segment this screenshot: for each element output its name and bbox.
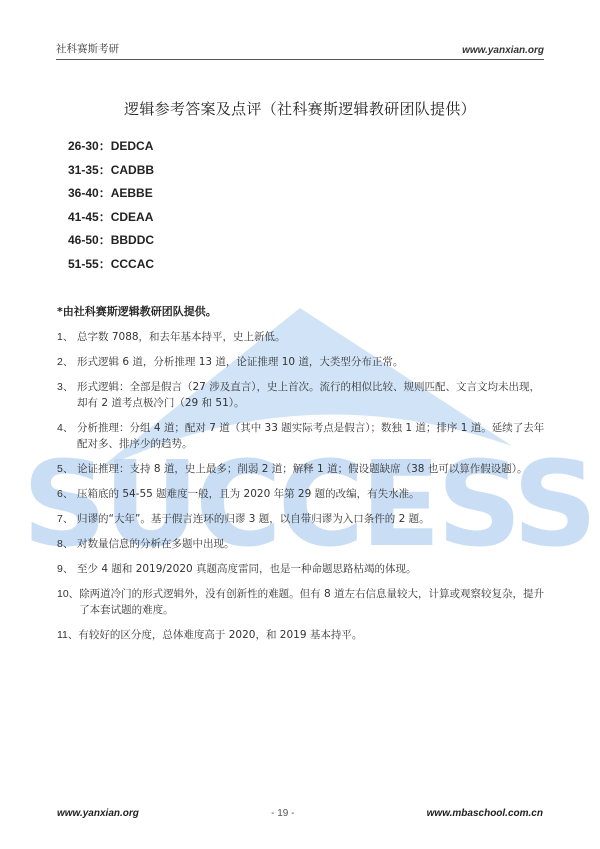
answer-range: 36-40：	[68, 183, 111, 203]
answer-row: 31-35：CADBB	[68, 160, 154, 184]
item-number: 11、	[57, 627, 78, 643]
answer-keys: CCCAC	[111, 257, 154, 271]
item-number: 10、	[57, 586, 79, 618]
item-number: 9、	[57, 561, 77, 577]
answer-range: 46-50：	[68, 230, 111, 250]
item-text: 形式逻辑 6 道，分析推理 13 道，论证推理 10 道，大类型分布正常。	[77, 354, 545, 370]
item-text: 除两道冷门的形式逻辑外，没有创新性的难题。但有 8 道左右信息量较大，计算或观察…	[79, 586, 545, 618]
answer-keys: BBDDC	[111, 233, 154, 247]
item-text: 对数量信息的分析在多题中出现。	[77, 536, 545, 552]
answer-row: 36-40：AEBBE	[68, 183, 154, 207]
header-brand: 社科赛斯考研	[56, 41, 119, 56]
answer-range: 41-45：	[68, 207, 111, 227]
commentary-item: 6、 压箱底的 54-55 题难度一般，且为 2020 年第 29 题的改编，有…	[57, 486, 545, 502]
commentary-item: 7、 归谬的“大年”。基于假言连环的归谬 3 题，以自带归谬为入口条件的 2 题…	[57, 511, 545, 527]
commentary-item: 2、 形式逻辑 6 道，分析推理 13 道，论证推理 10 道，大类型分布正常。	[57, 354, 545, 370]
item-number: 2、	[57, 354, 77, 370]
commentary-item: 3、 形式逻辑：全部是假言（27 涉及直言），史上首次。流行的相似比较、规则匹配…	[57, 379, 545, 411]
item-text: 至少 4 题和 2019/2020 真题高度雷同，也是一种命题思路枯竭的体现。	[77, 561, 545, 577]
page-title: 逻辑参考答案及点评（社科赛斯逻辑教研团队提供）	[0, 98, 600, 119]
answer-row: 26-30：DEDCA	[68, 136, 154, 160]
commentary-item: 8、 对数量信息的分析在多题中出现。	[57, 536, 545, 552]
commentary-item: 9、 至少 4 题和 2019/2020 真题高度雷同，也是一种命题思路枯竭的体…	[57, 561, 545, 577]
commentary-heading: *由社科赛斯逻辑教研团队提供。	[57, 303, 545, 319]
answer-keys: AEBBE	[111, 186, 153, 200]
item-text: 分析推理：分组 4 道；配对 7 道（其中 33 题实际考点是假言）；数独 1 …	[77, 420, 545, 452]
item-text: 压箱底的 54-55 题难度一般，且为 2020 年第 29 题的改编，有失水准…	[77, 486, 545, 502]
document-page: SUCCESS 社科赛斯考研 www.yanxian.org 逻辑参考答案及点评…	[0, 0, 600, 849]
footer-right-website: www.mbaschool.com.cn	[427, 808, 543, 819]
commentary-item: 11、 有较好的区分度，总体难度高于 2020，和 2019 基本持平。	[57, 627, 545, 643]
footer-left-website: www.yanxian.org	[57, 808, 139, 819]
answer-key-list: 26-30：DEDCA 31-35：CADBB 36-40：AEBBE 41-4…	[68, 136, 154, 278]
item-text: 形式逻辑：全部是假言（27 涉及直言），史上首次。流行的相似比较、规则匹配、文言…	[77, 379, 545, 411]
answer-row: 46-50：BBDDC	[68, 230, 154, 254]
header-website: www.yanxian.org	[462, 45, 544, 56]
item-text: 有较好的区分度，总体难度高于 2020，和 2019 基本持平。	[78, 627, 545, 643]
answer-range: 51-55：	[68, 254, 111, 274]
answer-range: 26-30：	[68, 136, 111, 156]
page-header: 社科赛斯考研 www.yanxian.org	[56, 36, 544, 60]
answer-row: 41-45：CDEAA	[68, 207, 154, 231]
item-number: 6、	[57, 486, 77, 502]
commentary-item: 5、 论证推理：支持 8 道，史上最多；削弱 2 道；解释 1 道；假设题缺席（…	[57, 461, 545, 477]
page-footer: www.yanxian.org - 19 - www.mbaschool.com…	[57, 808, 543, 819]
commentary-item: 4、 分析推理：分组 4 道；配对 7 道（其中 33 题实际考点是假言）；数独…	[57, 420, 545, 452]
item-text: 归谬的“大年”。基于假言连环的归谬 3 题，以自带归谬为入口条件的 2 题。	[77, 511, 545, 527]
item-number: 5、	[57, 461, 77, 477]
answer-range: 31-35：	[68, 160, 111, 180]
commentary-item: 10、 除两道冷门的形式逻辑外，没有创新性的难题。但有 8 道左右信息量较大，计…	[57, 586, 545, 618]
item-number: 4、	[57, 420, 77, 452]
item-number: 7、	[57, 511, 77, 527]
item-number: 8、	[57, 536, 77, 552]
commentary-item: 1、 总字数 7088，和去年基本持平，史上新低。	[57, 329, 545, 345]
answer-keys: CDEAA	[111, 210, 154, 224]
answer-keys: DEDCA	[111, 139, 154, 153]
item-number: 3、	[57, 379, 77, 411]
item-number: 1、	[57, 329, 77, 345]
answer-keys: CADBB	[111, 163, 154, 177]
page-number: - 19 -	[271, 808, 294, 819]
answer-row: 51-55：CCCAC	[68, 254, 154, 278]
item-text: 总字数 7088，和去年基本持平，史上新低。	[77, 329, 545, 345]
commentary-section: *由社科赛斯逻辑教研团队提供。 1、 总字数 7088，和去年基本持平，史上新低…	[57, 303, 545, 652]
item-text: 论证推理：支持 8 道，史上最多；削弱 2 道；解释 1 道；假设题缺席（38 …	[77, 461, 545, 477]
